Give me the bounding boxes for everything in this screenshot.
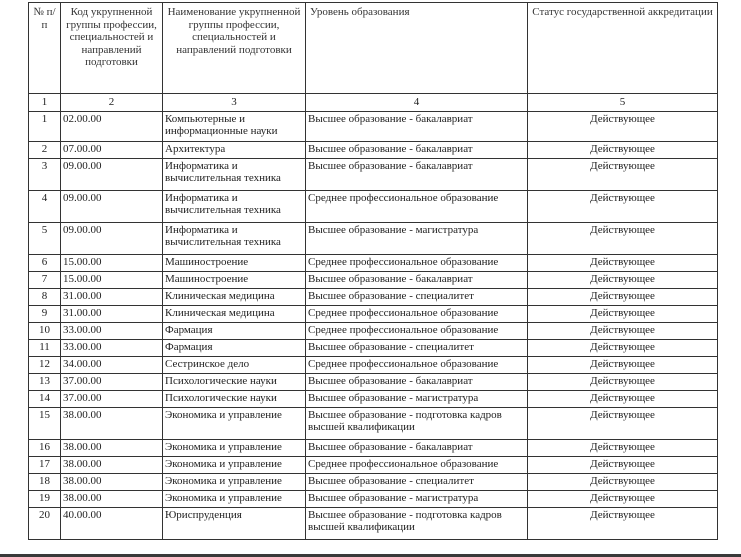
group-name: Экономика и управление: [163, 407, 306, 439]
group-name: Психологические науки: [163, 373, 306, 390]
accreditation-status: Действующее: [528, 111, 718, 141]
table-row: 207.00.00АрхитектураВысшее образование -…: [29, 141, 718, 158]
group-code: 37.00.00: [61, 390, 163, 407]
table-row: 931.00.00Клиническая медицинаСреднее про…: [29, 305, 718, 322]
header-name: Наименование укрупненной группы професси…: [163, 3, 306, 94]
group-name: Юриспруденция: [163, 507, 306, 539]
group-name: Фармация: [163, 322, 306, 339]
accreditation-status: Действующее: [528, 190, 718, 222]
group-code: 38.00.00: [61, 439, 163, 456]
group-name: Экономика и управление: [163, 456, 306, 473]
group-code: 33.00.00: [61, 339, 163, 356]
accreditation-status: Действующее: [528, 473, 718, 490]
row-number: 4: [29, 190, 61, 222]
accreditation-status: Действующее: [528, 456, 718, 473]
education-level: Высшее образование - магистратура: [306, 222, 528, 254]
row-number: 13: [29, 373, 61, 390]
accreditation-table: № п/п Код укрупненной группы профессии, …: [28, 2, 718, 540]
row-number: 16: [29, 439, 61, 456]
group-name: Экономика и управление: [163, 490, 306, 507]
group-name: Машиностроение: [163, 254, 306, 271]
table-row: 715.00.00МашиностроениеВысшее образовани…: [29, 271, 718, 288]
row-number: 5: [29, 222, 61, 254]
group-code: 40.00.00: [61, 507, 163, 539]
education-level: Высшее образование - специалитет: [306, 473, 528, 490]
group-code: 33.00.00: [61, 322, 163, 339]
group-code: 09.00.00: [61, 190, 163, 222]
group-code: 34.00.00: [61, 356, 163, 373]
column-numbers-row: 1 2 3 4 5: [29, 94, 718, 112]
education-level: Высшее образование - бакалавриат: [306, 271, 528, 288]
header-number: № п/п: [29, 3, 61, 94]
row-number: 10: [29, 322, 61, 339]
column-number: 3: [163, 94, 306, 112]
education-level: Среднее профессиональное образование: [306, 254, 528, 271]
row-number: 8: [29, 288, 61, 305]
row-number: 15: [29, 407, 61, 439]
group-code: 38.00.00: [61, 407, 163, 439]
accreditation-status: Действующее: [528, 490, 718, 507]
row-number: 14: [29, 390, 61, 407]
group-name: Психологические науки: [163, 390, 306, 407]
table-row: 1838.00.00Экономика и управлениеВысшее о…: [29, 473, 718, 490]
education-level: Высшее образование - специалитет: [306, 339, 528, 356]
table-row: 1033.00.00ФармацияСреднее профессиональн…: [29, 322, 718, 339]
accreditation-status: Действующее: [528, 305, 718, 322]
column-number: 4: [306, 94, 528, 112]
row-number: 9: [29, 305, 61, 322]
group-name: Компьютерные и информационные науки: [163, 111, 306, 141]
table-header-row: № п/п Код укрупненной группы профессии, …: [29, 3, 718, 94]
accreditation-status: Действующее: [528, 507, 718, 539]
group-code: 31.00.00: [61, 305, 163, 322]
accreditation-status: Действующее: [528, 373, 718, 390]
group-name: Клиническая медицина: [163, 288, 306, 305]
education-level: Высшее образование - бакалавриат: [306, 141, 528, 158]
row-number: 11: [29, 339, 61, 356]
group-code: 38.00.00: [61, 473, 163, 490]
education-level: Высшее образование - бакалавриат: [306, 373, 528, 390]
education-level: Высшее образование - бакалавриат: [306, 158, 528, 190]
group-name: Машиностроение: [163, 271, 306, 288]
group-code: 37.00.00: [61, 373, 163, 390]
table-row: 1337.00.00Психологические наукиВысшее об…: [29, 373, 718, 390]
table-row: 102.00.00Компьютерные и информационные н…: [29, 111, 718, 141]
group-name: Клиническая медицина: [163, 305, 306, 322]
group-code: 38.00.00: [61, 490, 163, 507]
education-level: Высшее образование - магистратура: [306, 490, 528, 507]
education-level: Среднее профессиональное образование: [306, 190, 528, 222]
header-code: Код укрупненной группы профессии, специа…: [61, 3, 163, 94]
row-number: 3: [29, 158, 61, 190]
table-row: 831.00.00Клиническая медицинаВысшее обра…: [29, 288, 718, 305]
education-level: Высшее образование - магистратура: [306, 390, 528, 407]
table-row: 2040.00.00ЮриспруденцияВысшее образовани…: [29, 507, 718, 539]
group-code: 15.00.00: [61, 254, 163, 271]
accreditation-status: Действующее: [528, 439, 718, 456]
row-number: 7: [29, 271, 61, 288]
header-level: Уровень образования: [306, 3, 528, 94]
group-code: 07.00.00: [61, 141, 163, 158]
accreditation-status: Действующее: [528, 158, 718, 190]
table-row: 1234.00.00Сестринское делоСреднее профес…: [29, 356, 718, 373]
group-code: 02.00.00: [61, 111, 163, 141]
education-level: Среднее профессиональное образование: [306, 322, 528, 339]
education-level: Высшее образование - подготовка кадров в…: [306, 407, 528, 439]
column-number: 5: [528, 94, 718, 112]
group-name: Фармация: [163, 339, 306, 356]
group-code: 38.00.00: [61, 456, 163, 473]
education-level: Высшее образование - специалитет: [306, 288, 528, 305]
group-name: Информатика и вычислительная техника: [163, 222, 306, 254]
table-row: 309.00.00Информатика и вычислительная те…: [29, 158, 718, 190]
education-level: Среднее профессиональное образование: [306, 456, 528, 473]
accreditation-status: Действующее: [528, 254, 718, 271]
document-page: № п/п Код укрупненной группы профессии, …: [28, 2, 718, 540]
row-number: 6: [29, 254, 61, 271]
row-number: 17: [29, 456, 61, 473]
row-number: 1: [29, 111, 61, 141]
group-name: Информатика и вычислительная техника: [163, 158, 306, 190]
table-row: 1638.00.00Экономика и управлениеВысшее о…: [29, 439, 718, 456]
accreditation-status: Действующее: [528, 222, 718, 254]
accreditation-status: Действующее: [528, 407, 718, 439]
accreditation-status: Действующее: [528, 271, 718, 288]
group-code: 09.00.00: [61, 222, 163, 254]
table-row: 509.00.00Информатика и вычислительная те…: [29, 222, 718, 254]
education-level: Высшее образование - бакалавриат: [306, 111, 528, 141]
group-name: Архитектура: [163, 141, 306, 158]
table-row: 615.00.00МашиностроениеСреднее профессио…: [29, 254, 718, 271]
row-number: 19: [29, 490, 61, 507]
education-level: Высшее образование - подготовка кадров в…: [306, 507, 528, 539]
table-row: 409.00.00Информатика и вычислительная те…: [29, 190, 718, 222]
group-name: Сестринское дело: [163, 356, 306, 373]
education-level: Среднее профессиональное образование: [306, 356, 528, 373]
row-number: 2: [29, 141, 61, 158]
group-name: Экономика и управление: [163, 439, 306, 456]
group-name: Экономика и управление: [163, 473, 306, 490]
accreditation-status: Действующее: [528, 390, 718, 407]
header-status: Статус государственной аккредитации: [528, 3, 718, 94]
column-number: 2: [61, 94, 163, 112]
accreditation-status: Действующее: [528, 339, 718, 356]
row-number: 20: [29, 507, 61, 539]
table-body: 102.00.00Компьютерные и информационные н…: [29, 111, 718, 539]
group-code: 31.00.00: [61, 288, 163, 305]
group-name: Информатика и вычислительная техника: [163, 190, 306, 222]
row-number: 18: [29, 473, 61, 490]
accreditation-status: Действующее: [528, 322, 718, 339]
row-number: 12: [29, 356, 61, 373]
accreditation-status: Действующее: [528, 356, 718, 373]
column-number: 1: [29, 94, 61, 112]
group-code: 15.00.00: [61, 271, 163, 288]
table-row: 1938.00.00Экономика и управлениеВысшее о…: [29, 490, 718, 507]
accreditation-status: Действующее: [528, 141, 718, 158]
accreditation-status: Действующее: [528, 288, 718, 305]
table-row: 1437.00.00Психологические наукиВысшее об…: [29, 390, 718, 407]
education-level: Среднее профессиональное образование: [306, 305, 528, 322]
table-row: 1738.00.00Экономика и управлениеСреднее …: [29, 456, 718, 473]
group-code: 09.00.00: [61, 158, 163, 190]
table-row: 1538.00.00Экономика и управлениеВысшее о…: [29, 407, 718, 439]
table-row: 1133.00.00ФармацияВысшее образование - с…: [29, 339, 718, 356]
education-level: Высшее образование - бакалавриат: [306, 439, 528, 456]
